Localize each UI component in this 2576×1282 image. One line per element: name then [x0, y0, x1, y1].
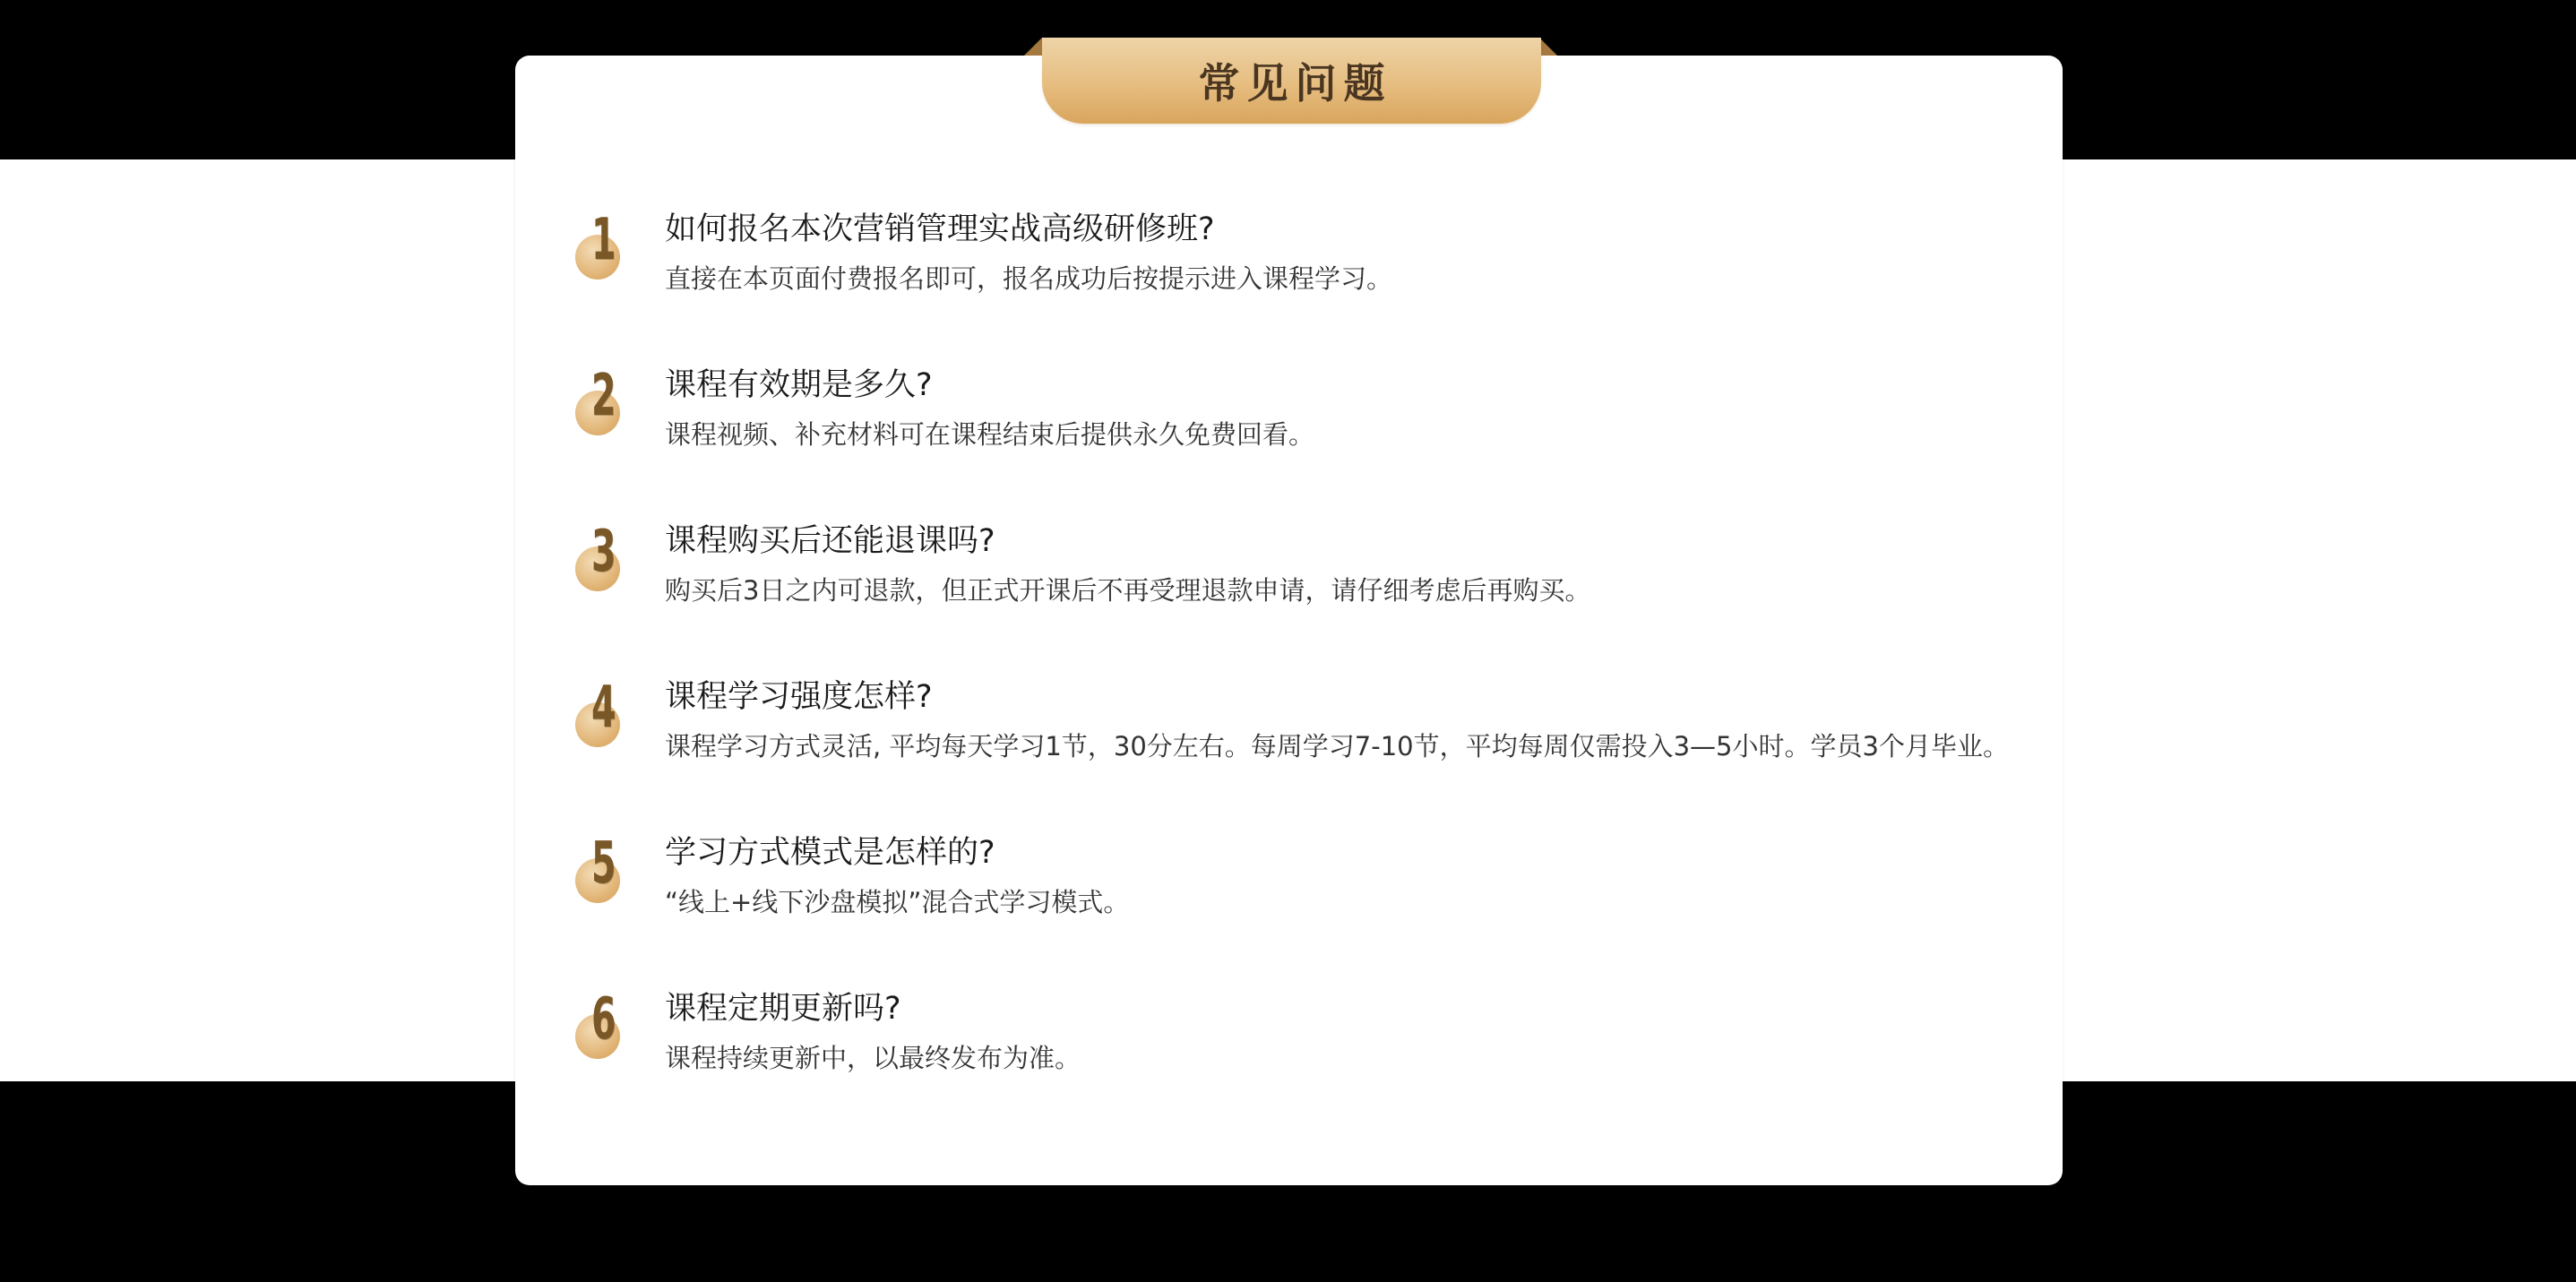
faq-answer: 课程持续更新中，以最终发布为准。 — [665, 1041, 1081, 1075]
faq-answer: “线上+线下沙盘模拟”混合式学习模式。 — [665, 885, 1129, 919]
page-title: 常见问题 — [1192, 51, 1392, 110]
badge-number: 2 — [591, 360, 616, 432]
faq-item-6: 6 课程定期更新吗? 课程持续更新中，以最终发布为准。 — [573, 982, 2043, 1089]
faq-item-5: 5 学习方式模式是怎样的? “线上+线下沙盘模拟”混合式学习模式。 — [573, 826, 2043, 934]
faq-question: 课程学习强度怎样? — [665, 677, 933, 717]
faq-item-1: 1 如何报名本次营销管理实战高级研修班? 直接在本页面付费报名即可，报名成功后按… — [573, 202, 2043, 310]
ribbon-fold-left-icon — [1024, 38, 1042, 56]
badge-number: 4 — [591, 672, 616, 744]
title-ribbon: 常见问题 — [1042, 38, 1541, 124]
badge-number: 1 — [591, 204, 616, 276]
number-badge-icon: 2 — [573, 358, 627, 448]
faq-answer: 购买后3日之内可退款，但正式开课后不再受理退款申请，请仔细考虑后再购买。 — [665, 573, 1590, 607]
faq-question: 课程有效期是多久? — [665, 366, 933, 405]
number-badge-icon: 4 — [573, 670, 627, 760]
ribbon-fold-right-icon — [1539, 38, 1557, 56]
badge-number: 5 — [591, 828, 616, 899]
faq-question: 学习方式模式是怎样的? — [665, 833, 995, 873]
faq-answer: 课程学习方式灵活, 平均每天学习1节，30分左右。每周学习7-10节，平均每周仅… — [665, 729, 2009, 763]
faq-question: 课程购买后还能退课吗? — [665, 521, 995, 561]
faq-item-3: 3 课程购买后还能退课吗? 购买后3日之内可退款，但正式开课后不再受理退款申请，… — [573, 514, 2043, 622]
badge-number: 3 — [591, 516, 616, 588]
number-badge-icon: 5 — [573, 826, 627, 916]
faq-question: 课程定期更新吗? — [665, 989, 901, 1028]
number-badge-icon: 3 — [573, 514, 627, 604]
faq-item-4: 4 课程学习强度怎样? 课程学习方式灵活, 平均每天学习1节，30分左右。每周学… — [573, 670, 2043, 778]
badge-number: 6 — [591, 984, 616, 1055]
faq-answer: 直接在本页面付费报名即可，报名成功后按提示进入课程学习。 — [665, 262, 1392, 296]
faq-item-2: 2 课程有效期是多久? 课程视频、补充材料可在课程结束后提供永久免费回看。 — [573, 358, 2043, 466]
number-badge-icon: 1 — [573, 202, 627, 292]
faq-answer: 课程视频、补充材料可在课程结束后提供永久免费回看。 — [665, 417, 1314, 452]
faq-question: 如何报名本次营销管理实战高级研修班? — [665, 210, 1215, 249]
number-badge-icon: 6 — [573, 982, 627, 1071]
